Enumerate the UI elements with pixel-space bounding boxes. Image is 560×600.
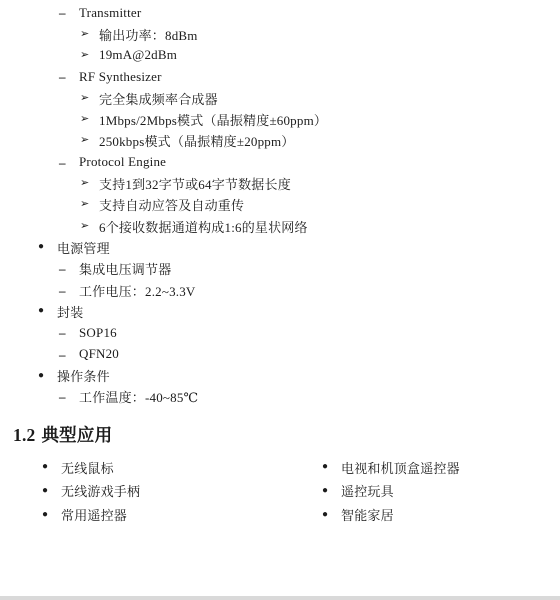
arrow-bullet-icon: ➢	[80, 199, 99, 210]
disc-bullet-icon: ●	[38, 371, 57, 381]
arrow-bullet-icon: ➢	[80, 135, 99, 146]
list-item: ●电视和机顶盒遥控器	[280, 456, 560, 480]
disc-bullet-icon: ●	[322, 462, 341, 472]
dash-bullet-icon: –	[59, 326, 79, 339]
list-item-label: 支持自动应答及自动重传	[99, 195, 244, 214]
list-item-label: Transmitter	[79, 5, 141, 21]
list-item-label: 智能家居	[341, 505, 394, 524]
list-item: ●智能家居	[280, 503, 560, 527]
list-item-label: 遥控玩具	[341, 481, 394, 500]
arrow-bullet-icon: ➢	[80, 29, 99, 40]
arrow-bullet-icon: ➢	[80, 93, 99, 104]
list-item: –SOP16	[0, 322, 560, 343]
list-item: –工作温度：-40~85℃	[0, 386, 560, 407]
list-item-label: 19mA@2dBm	[99, 47, 177, 63]
list-item-label: 封装	[57, 302, 83, 321]
list-item-label: 支持1到32字节或64字节数据长度	[99, 174, 291, 193]
list-item: –RF Synthesizer	[0, 66, 560, 87]
list-item-label: 常用遥控器	[61, 505, 127, 524]
page-bottom-edge	[0, 596, 560, 600]
list-item-label: SOP16	[79, 325, 117, 341]
list-item: –QFN20	[0, 344, 560, 365]
list-item-label: 电源管理	[57, 238, 110, 257]
dash-bullet-icon: –	[59, 390, 79, 403]
disc-bullet-icon: ●	[42, 462, 61, 472]
disc-bullet-icon: ●	[322, 510, 341, 520]
list-item-label: 工作温度：-40~85℃	[79, 387, 198, 406]
list-item-label: 无线游戏手柄	[61, 481, 140, 500]
disc-bullet-icon: ●	[38, 306, 57, 316]
list-item: ➢19mA@2dBm	[0, 45, 560, 66]
dash-bullet-icon: –	[59, 6, 79, 19]
list-item: ➢1Mbps/2Mbps模式（晶振精度±60ppm）	[0, 109, 560, 130]
list-item: ●遥控玩具	[280, 479, 560, 503]
applications-list: ●无线鼠标●无线游戏手柄●常用遥控器 ●电视和机顶盒遥控器●遥控玩具●智能家居	[0, 456, 560, 527]
list-item-label: 操作条件	[57, 366, 110, 385]
arrow-bullet-icon: ➢	[80, 50, 99, 61]
list-item-label: 1Mbps/2Mbps模式（晶振精度±60ppm）	[99, 110, 327, 129]
list-item-label: Protocol Engine	[79, 154, 166, 170]
disc-bullet-icon: ●	[42, 510, 61, 520]
list-item-label: 6个接收数据通道构成1:6的星状网络	[99, 217, 308, 236]
list-item: ●无线游戏手柄	[0, 479, 280, 503]
arrow-bullet-icon: ➢	[80, 178, 99, 189]
applications-column-right: ●电视和机顶盒遥控器●遥控玩具●智能家居	[280, 456, 560, 527]
list-item: ●无线鼠标	[0, 456, 280, 480]
disc-bullet-icon: ●	[42, 486, 61, 496]
applications-column-left: ●无线鼠标●无线游戏手柄●常用遥控器	[0, 456, 280, 527]
list-item-label: 电视和机顶盒遥控器	[341, 458, 460, 477]
disc-bullet-icon: ●	[38, 242, 57, 252]
list-item: ●电源管理	[0, 237, 560, 258]
feature-list: –Transmitter➢输出功率：8dBm➢19mA@2dBm–RF Synt…	[0, 0, 560, 408]
dash-bullet-icon: –	[59, 70, 79, 83]
section-title: 典型应用	[41, 422, 112, 447]
dash-bullet-icon: –	[59, 284, 79, 297]
list-item-label: 集成电压调节器	[79, 259, 171, 278]
dash-bullet-icon: –	[59, 156, 79, 169]
list-item-label: 无线鼠标	[61, 458, 114, 477]
list-item: ➢支持1到32字节或64字节数据长度	[0, 173, 560, 194]
list-item: ➢250kbps模式（晶振精度±20ppm）	[0, 130, 560, 151]
list-item: –Protocol Engine	[0, 151, 560, 172]
list-item: ●操作条件	[0, 365, 560, 386]
list-item: –Transmitter	[0, 2, 560, 23]
list-item-label: 工作电压：2.2~3.3V	[79, 281, 196, 300]
list-item: ➢支持自动应答及自动重传	[0, 194, 560, 215]
list-item-label: QFN20	[79, 346, 119, 362]
dash-bullet-icon: –	[59, 348, 79, 361]
list-item-label: RF Synthesizer	[79, 69, 162, 85]
arrow-bullet-icon: ➢	[80, 114, 99, 125]
list-item-label: 输出功率：8dBm	[99, 25, 198, 44]
list-item: ●封装	[0, 301, 560, 322]
list-item: ●常用遥控器	[0, 503, 280, 527]
list-item-label: 完全集成频率合成器	[99, 89, 218, 108]
list-item: ➢完全集成频率合成器	[0, 87, 560, 108]
disc-bullet-icon: ●	[322, 486, 341, 496]
list-item: ➢6个接收数据通道构成1:6的星状网络	[0, 215, 560, 236]
section-number: 1.2	[13, 425, 35, 446]
list-item: –工作电压：2.2~3.3V	[0, 279, 560, 300]
document-page: –Transmitter➢输出功率：8dBm➢19mA@2dBm–RF Synt…	[0, 0, 560, 600]
list-item: ➢输出功率：8dBm	[0, 23, 560, 44]
section-heading: 1.2 典型应用	[13, 422, 560, 447]
list-item-label: 250kbps模式（晶振精度±20ppm）	[99, 131, 295, 150]
list-item: –集成电压调节器	[0, 258, 560, 279]
arrow-bullet-icon: ➢	[80, 221, 99, 232]
dash-bullet-icon: –	[59, 262, 79, 275]
